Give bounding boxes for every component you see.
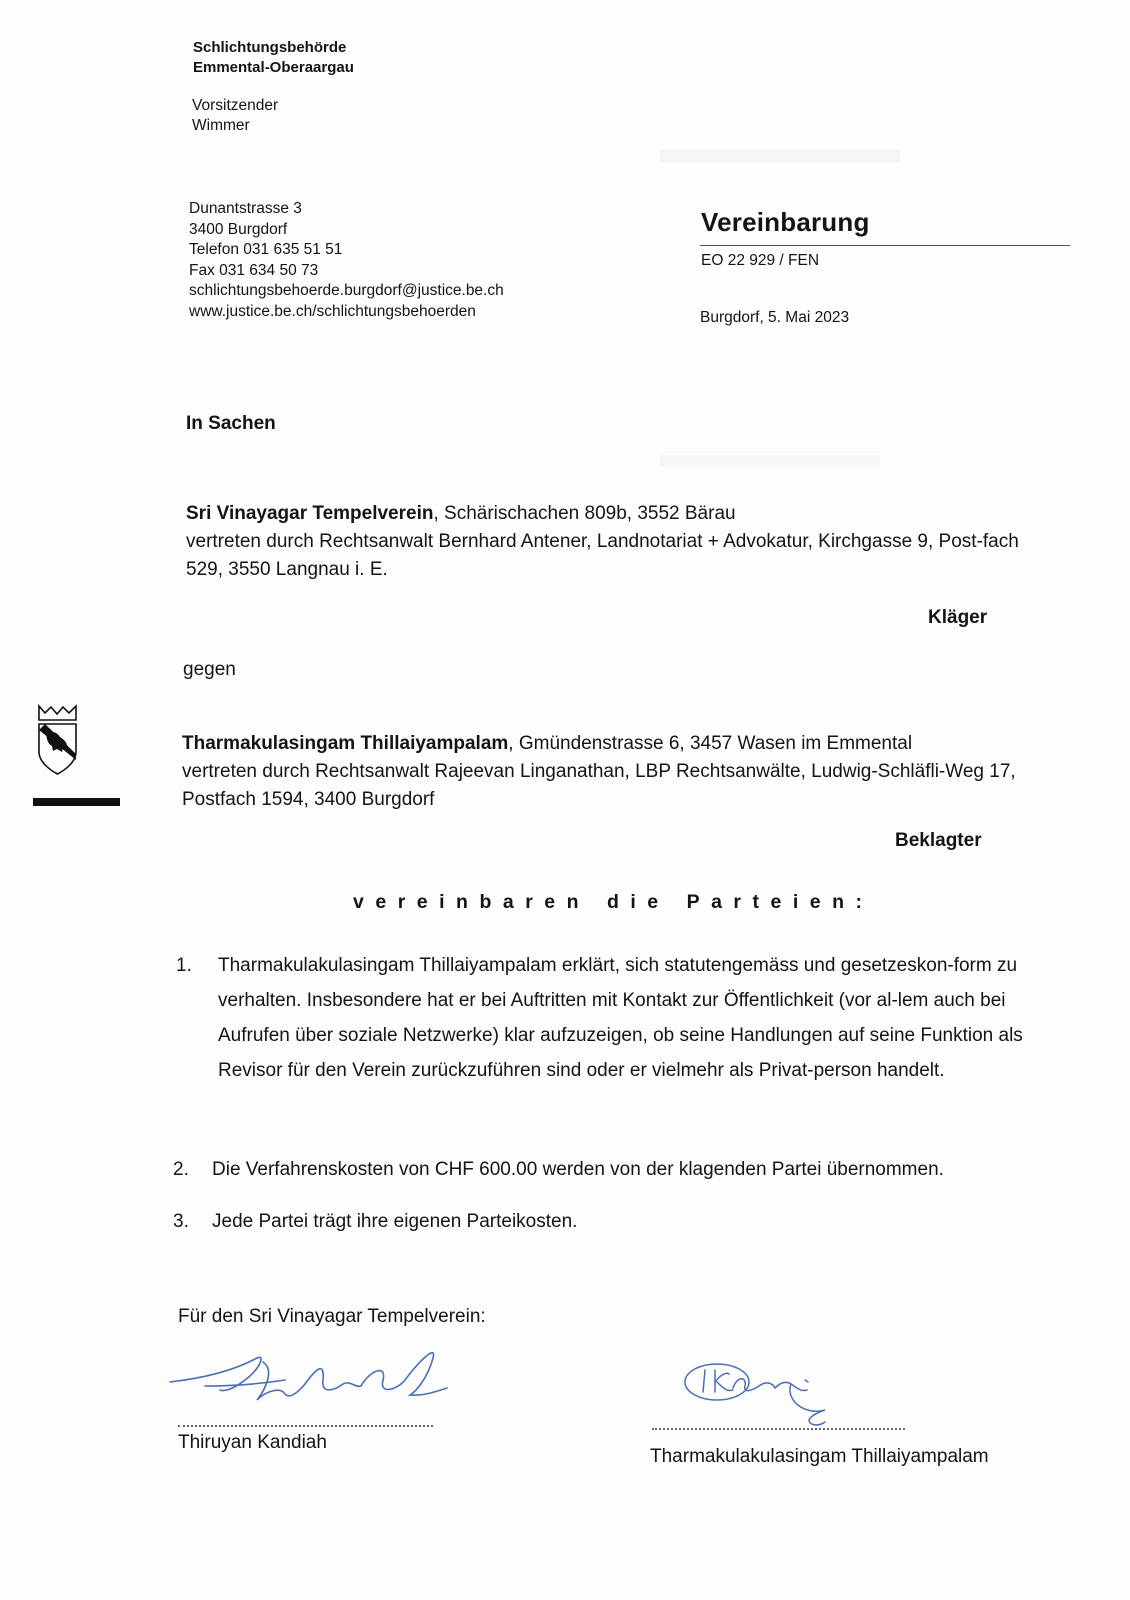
- plaintiff-name: Sri Vinayagar Tempelverein: [186, 503, 433, 524]
- sender-phone: Telefon 031 635 51 51: [189, 240, 504, 261]
- plaintiff-address: , Schärischachen 809b, 3552 Bärau: [433, 503, 735, 524]
- sender-email: schlichtungsbehoerde.burgdorf@justice.be…: [189, 281, 504, 302]
- clause-2: 2. Die Verfahrenskosten von CHF 600.00 w…: [173, 1152, 1063, 1192]
- signatory-left-name: Thiruyan Kandiah: [178, 1432, 327, 1454]
- defendant-representation: vertreten durch Rechtsanwalt Rajeevan Li…: [182, 758, 1062, 814]
- document-place-date: Burgdorf, 5. Mai 2023: [700, 309, 849, 327]
- defendant-block: Tharmakulasingam Thillaiyampalam, Gmünde…: [182, 730, 1072, 814]
- sender-city: 3400 Burgdorf: [189, 220, 504, 241]
- sender-person-name: Wimmer: [192, 116, 278, 136]
- clause-text: Tharmakulakulasingam Thillaiyampalam erk…: [218, 948, 1058, 1088]
- clause-number: 2.: [173, 1152, 203, 1187]
- title-divider: [700, 245, 1070, 246]
- signatory-right-name: Tharmakulakulasingam Thillaiyampalam: [650, 1446, 989, 1468]
- signature-line-right: [652, 1428, 905, 1430]
- case-heading: In Sachen: [186, 413, 276, 435]
- plaintiff-representation: vertreten durch Rechtsanwalt Bernhard An…: [186, 528, 1056, 584]
- sender-person-role: Vorsitzender: [192, 96, 278, 116]
- signature-intro: Für den Sri Vinayagar Tempelverein:: [178, 1306, 486, 1328]
- sender-address: Dunantstrasse 3 3400 Burgdorf Telefon 03…: [189, 199, 504, 322]
- signature-line-left: [178, 1425, 433, 1427]
- signature-left-icon: [165, 1340, 465, 1430]
- sender-street: Dunantstrasse 3: [189, 199, 504, 220]
- bern-coat-of-arms-icon: [35, 704, 80, 776]
- defendant-address: , Gmündenstrasse 6, 3457 Wasen im Emment…: [508, 733, 912, 754]
- plaintiff-line: Sri Vinayagar Tempelverein, Schärischach…: [186, 500, 1076, 528]
- defendant-line: Tharmakulasingam Thillaiyampalam, Gmünde…: [182, 730, 1072, 758]
- scan-artifact: [660, 455, 880, 467]
- clause-text: Jede Partei trägt ihre eigenen Parteikos…: [212, 1204, 1052, 1239]
- plaintiff-role-label: Kläger: [928, 607, 987, 629]
- clause-number: 1.: [176, 948, 206, 983]
- document-reference: EO 22 929 / FEN: [701, 252, 819, 270]
- sender-org-line-1: Schlichtungsbehörde: [193, 38, 354, 58]
- agreement-heading: vereinbaren die Parteien:: [353, 891, 874, 914]
- clause-1: 1. Tharmakulakulasingam Thillaiyampalam …: [176, 948, 1066, 1128]
- document-title: Vereinbarung: [701, 207, 870, 238]
- clause-text: Die Verfahrenskosten von CHF 600.00 werd…: [212, 1152, 1052, 1187]
- sender-organization: Schlichtungsbehörde Emmental-Oberaargau: [193, 38, 354, 78]
- sender-fax: Fax 031 634 50 73: [189, 261, 504, 282]
- sender-website: www.justice.be.ch/schlichtungsbehoerden: [189, 302, 504, 323]
- sender-org-line-2: Emmental-Oberaargau: [193, 58, 354, 78]
- defendant-name: Tharmakulasingam Thillaiyampalam: [182, 733, 508, 754]
- scan-artifact: [660, 150, 900, 162]
- sender-person: Vorsitzender Wimmer: [192, 96, 278, 136]
- clause-number: 3.: [173, 1204, 203, 1239]
- versus-label: gegen: [183, 659, 236, 681]
- plaintiff-block: Sri Vinayagar Tempelverein, Schärischach…: [186, 500, 1076, 584]
- emblem-bar: [33, 798, 120, 806]
- clause-3: 3. Jede Partei trägt ihre eigenen Partei…: [173, 1204, 1063, 1244]
- defendant-role-label: Beklagter: [895, 830, 982, 852]
